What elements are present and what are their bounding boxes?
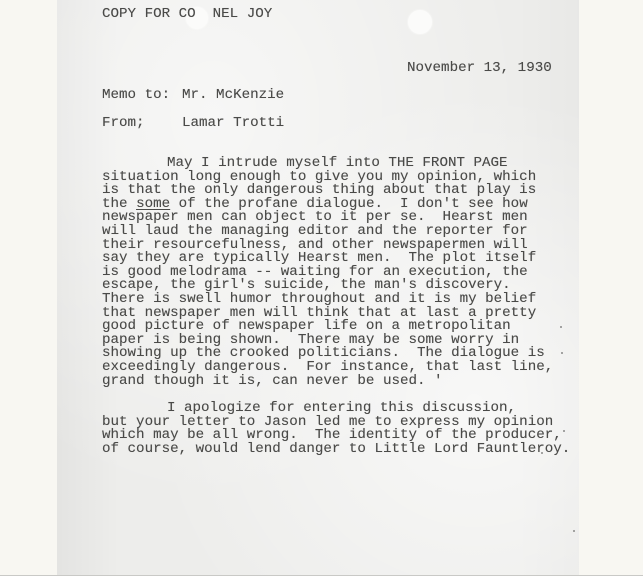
- header-left: COPY FOR CO: [102, 6, 196, 22]
- document-viewer: COPY FOR CONEL JOY November 13, 1930 Mem…: [0, 0, 643, 576]
- paper-speck: [573, 530, 575, 532]
- from-label: From;: [102, 117, 145, 131]
- paper-speck: [560, 326, 562, 328]
- paper-speck: [563, 430, 565, 432]
- copy-for-header: COPY FOR CONEL JOY: [102, 8, 272, 22]
- memo-sender: Lamar Trotti: [182, 117, 284, 131]
- body-paragraph-2: I apologize for entering this discussion…: [102, 402, 570, 456]
- memo-recipient: Mr. McKenzie: [182, 89, 284, 103]
- paper-speck: [541, 452, 543, 454]
- punch-hole-right: [408, 10, 432, 34]
- header-right: NEL JOY: [213, 6, 273, 22]
- memo-date: November 13, 1930: [407, 62, 552, 76]
- text-line: of course, would lend danger to Little L…: [102, 443, 570, 457]
- text-line: grand though it is, can never be used. ': [102, 375, 553, 389]
- paper-speck: [561, 352, 563, 354]
- memo-to-label: Memo to:: [102, 89, 170, 103]
- body-paragraph-1: May I intrude myself into THE FRONT PAGE…: [102, 157, 553, 388]
